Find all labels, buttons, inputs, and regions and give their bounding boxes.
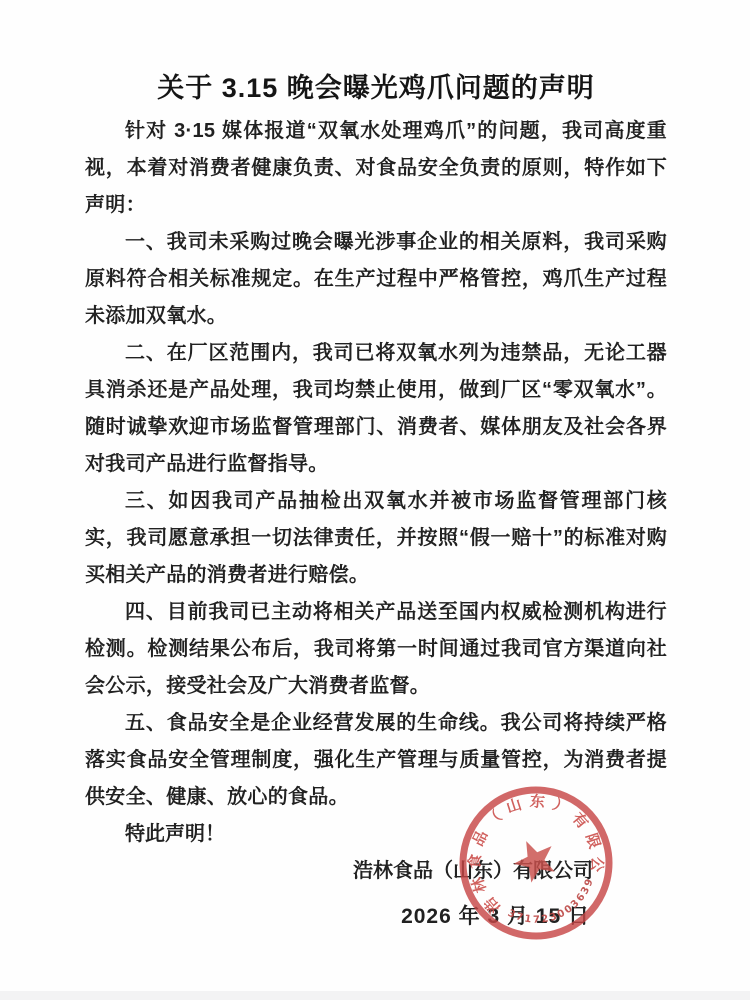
document-page: 关于 3.15 晚会曝光鸡爪问题的声明 针对 3·15 媒体报道“双氧水处理鸡爪…	[0, 0, 750, 1000]
closing-line: 特此声明！	[85, 816, 667, 853]
document-body: 针对 3·15 媒体报道“双氧水处理鸡爪”的问题，我司高度重视，本着对消费者健康…	[85, 113, 667, 935]
signature-date: 2026 年 3 月 15 日	[85, 898, 667, 935]
page-bottom-strip	[0, 991, 750, 1000]
intro-paragraph: 针对 3·15 媒体报道“双氧水处理鸡爪”的问题，我司高度重视，本着对消费者健康…	[85, 113, 667, 224]
company-name: 浩林食品（山东）有限公司	[85, 853, 667, 890]
statement-paragraph-4: 四、目前我司已主动将相关产品送至国内权威检测机构进行检测。检测结果公布后，我司将…	[85, 594, 667, 705]
statement-paragraph-2: 二、在厂区范围内，我司已将双氧水列为违禁品，无论工器具消杀还是产品处理，我司均禁…	[85, 335, 667, 483]
statement-paragraph-3: 三、如因我司产品抽检出双氧水并被市场监督管理部门核实，我司愿意承担一切法律责任，…	[85, 483, 667, 594]
document-title: 关于 3.15 晚会曝光鸡爪问题的声明	[85, 68, 667, 108]
statement-paragraph-5: 五、食品安全是企业经营发展的生命线。我公司将持续严格落实食品安全管理制度，强化生…	[85, 705, 667, 816]
statement-document: 关于 3.15 晚会曝光鸡爪问题的声明 针对 3·15 媒体报道“双氧水处理鸡爪…	[85, 68, 667, 935]
statement-paragraph-1: 一、我司未采购过晚会曝光涉事企业的相关原料，我司采购原料符合相关标准规定。在生产…	[85, 224, 667, 335]
